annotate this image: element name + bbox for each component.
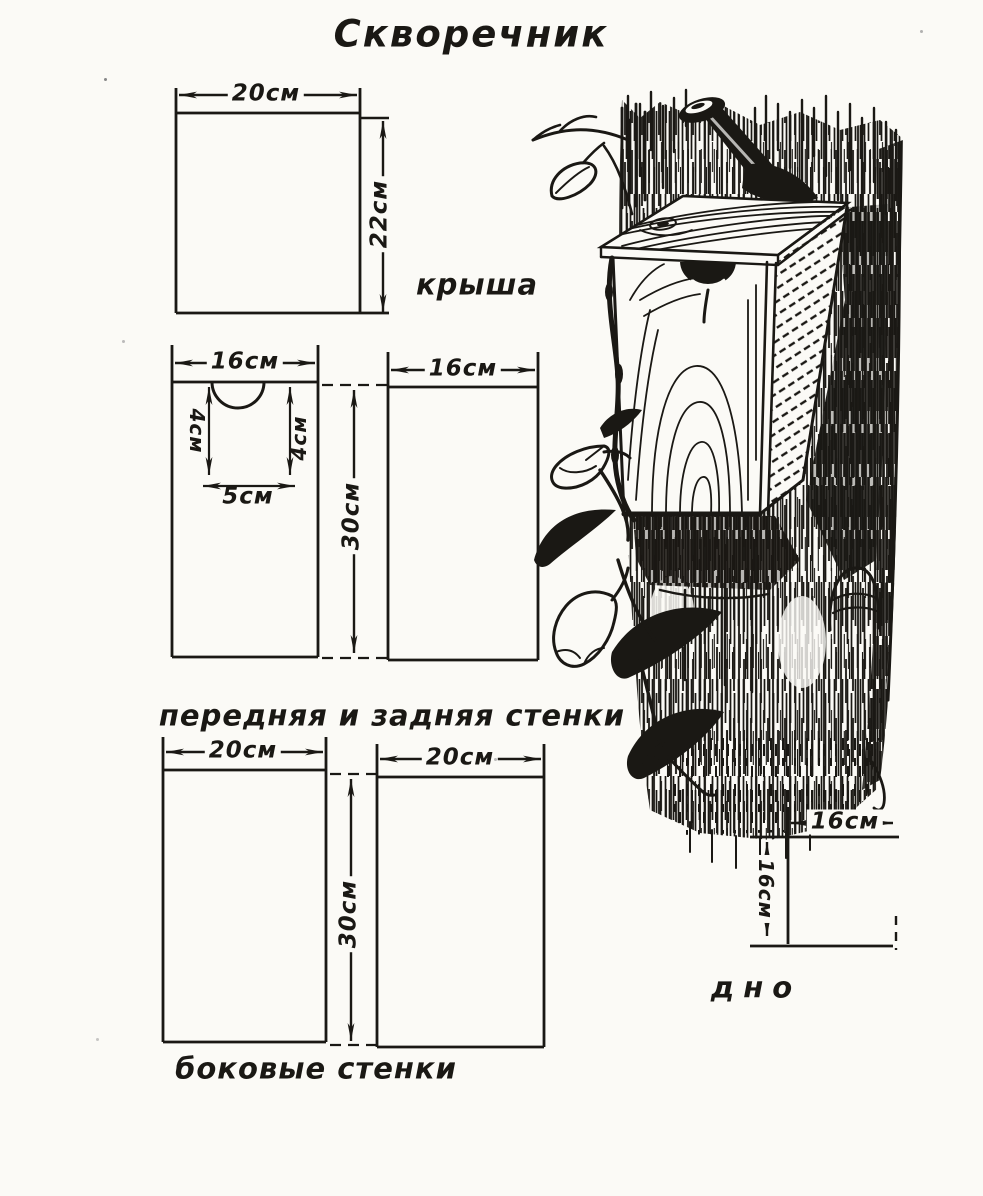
side-height-label: 30см — [337, 876, 362, 952]
leaf — [534, 509, 616, 567]
front-height-label: 30см — [340, 478, 365, 554]
side-width-right-label: 20см — [422, 746, 498, 771]
twig-with-leaf — [533, 116, 632, 214]
hole-offset-left-label: 4см — [187, 408, 207, 453]
roof-width-label: 20см — [228, 82, 304, 107]
page-title: Скворечник — [334, 16, 609, 53]
hole-offset-right-label: 4см — [289, 415, 309, 460]
front-width-right-label: 16см — [425, 357, 501, 382]
scanned-plan-page: Скворечник 20см 22см крыша 16см 16см 4см… — [0, 0, 983, 1196]
birdhouse-tree-illustration — [533, 90, 903, 868]
scan-specks — [104, 78, 107, 81]
bottom-caption: дно — [711, 974, 801, 1003]
sides-caption: боковые стенки — [175, 1055, 457, 1084]
plan-linework — [0, 0, 983, 1196]
roof-diagram — [176, 88, 389, 313]
entrance-hole-arc — [212, 382, 264, 408]
hole-width-label: 5см — [222, 486, 273, 509]
front-back-caption: передняя и задняя стенки — [159, 702, 625, 731]
bottom-width-label: 16см — [807, 810, 883, 835]
roof-caption: крыша — [416, 271, 538, 300]
side-width-left-label: 20см — [205, 739, 281, 764]
leaf-outline — [551, 163, 596, 199]
front-width-left-label: 16см — [207, 350, 283, 375]
bottom-height-label: 16см — [755, 855, 777, 923]
roof-height-label: 22см — [368, 176, 393, 252]
